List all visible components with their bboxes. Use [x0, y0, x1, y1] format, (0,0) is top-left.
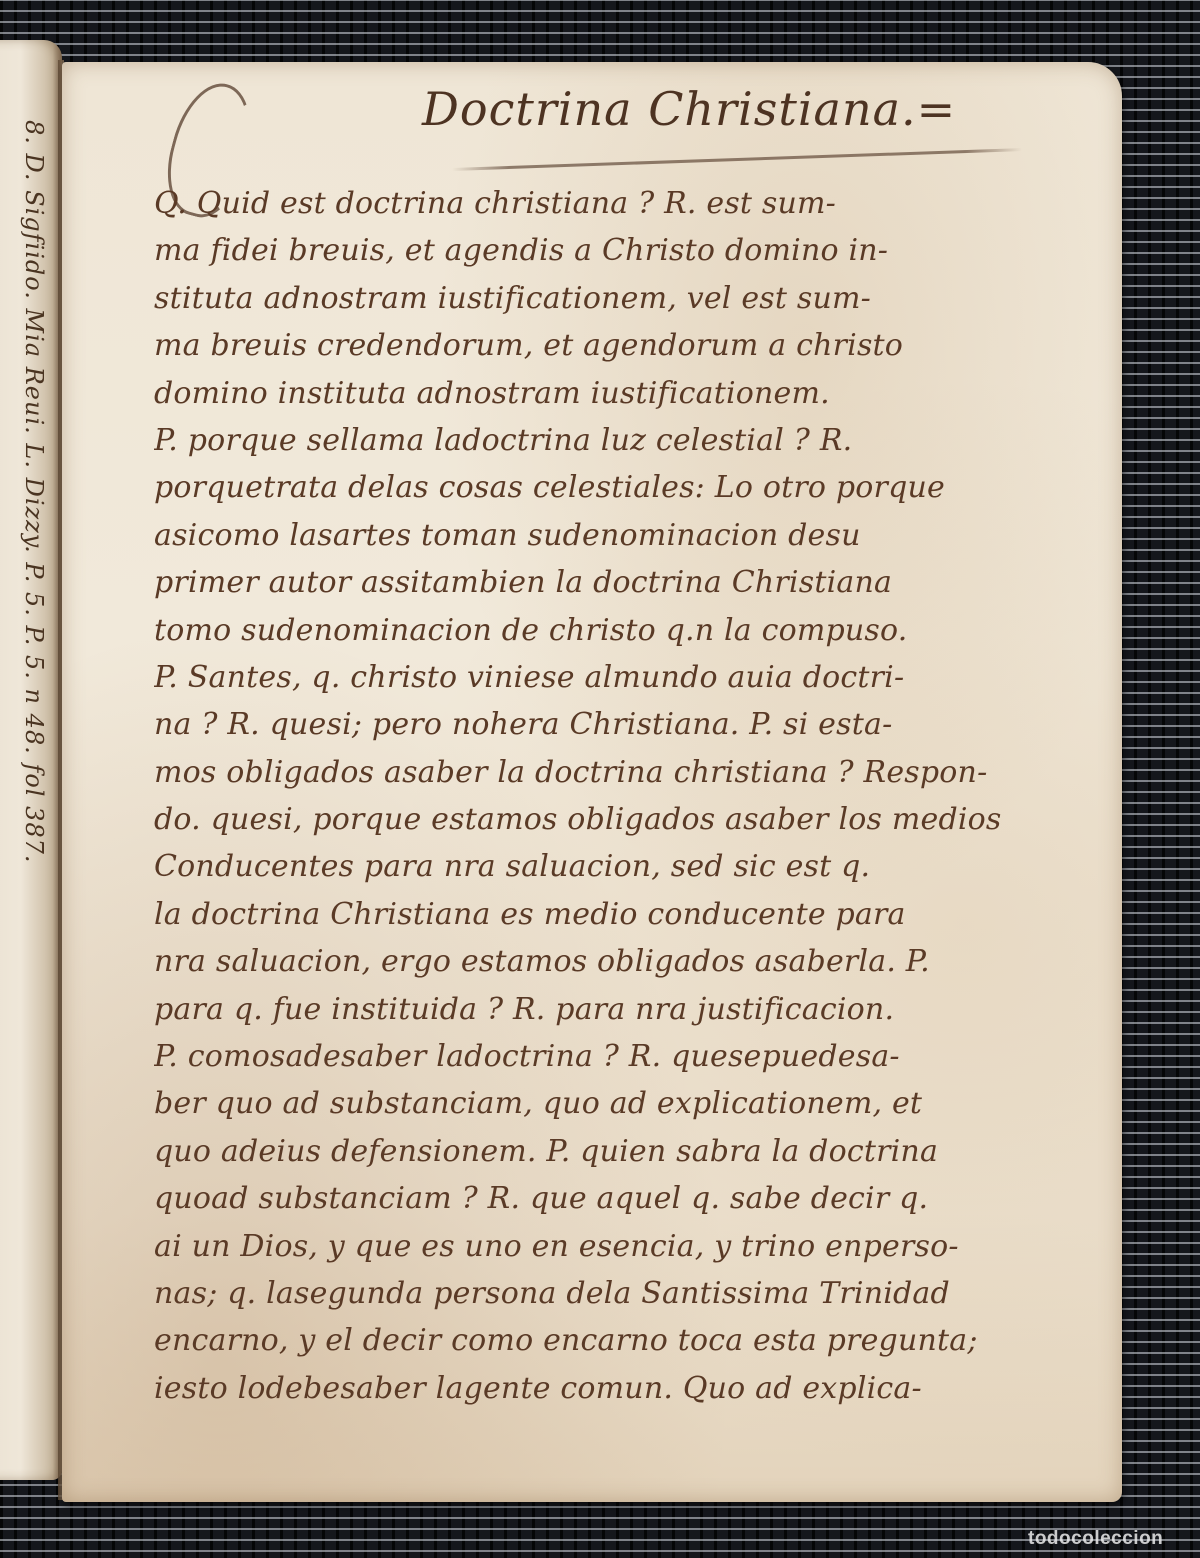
text-line: ai un Dios, y que es uno en esencia, y t… [154, 1223, 1094, 1270]
watermark: todocoleccion [1028, 1528, 1163, 1550]
text-line: nra saluacion, ergo estamos obligados as… [154, 938, 1094, 985]
text-line: primer autor assitambien la doctrina Chr… [154, 559, 1094, 606]
text-line: ber quo ad substanciam, quo ad explicati… [154, 1080, 1094, 1127]
text-line: domino instituta adnostram iustification… [154, 370, 1094, 417]
text-line: encarno, y el decir como encarno toca es… [154, 1317, 1094, 1364]
text-line: stituta adnostram iustificationem, vel e… [154, 275, 1094, 322]
text-line: nas; q. lasegunda persona dela Santissim… [154, 1270, 1094, 1317]
text-line: P. Santes, q. christo viniese almundo au… [154, 654, 1094, 701]
text-line: para q. fue instituida ? R. para nra jus… [154, 986, 1094, 1033]
manuscript-page: Doctrina Christiana.= Q. Quid est doctri… [62, 62, 1122, 1502]
text-line: P. comosadesaber ladoctrina ? R. quesepu… [154, 1033, 1094, 1080]
text-line: mos obligados asaber la doctrina christi… [154, 749, 1094, 796]
text-line: na ? R. quesi; pero nohera Christiana. P… [154, 701, 1094, 748]
text-line: quo adeius defensionem. P. quien sabra l… [154, 1128, 1094, 1175]
text-line: tomo sudenominacion de christo q.n la co… [154, 607, 1094, 654]
manuscript-text: Q. Quid est doctrina christiana ? R. est… [154, 180, 1094, 1412]
page-title: Doctrina Christiana.= [422, 82, 956, 136]
text-line: la doctrina Christiana es medio conducen… [154, 891, 1094, 938]
text-line: quoad substanciam ? R. que aquel q. sabe… [154, 1175, 1094, 1222]
text-line: iesto lodebesaber lagente comun. Quo ad … [154, 1365, 1094, 1412]
text-line: Conducentes para nra saluacion, sed sic … [154, 843, 1094, 890]
margin-note: 8. D. Sigfiido. Mia Reui. L. Dizzy. P. 5… [4, 120, 48, 1300]
text-line: Q. Quid est doctrina christiana ? R. est… [154, 180, 1094, 227]
text-line: do. quesi, porque estamos obligados asab… [154, 796, 1094, 843]
text-line: asicomo lasartes toman sudenominacion de… [154, 512, 1094, 559]
text-line: P. porque sellama ladoctrina luz celesti… [154, 417, 1094, 464]
text-line: ma breuis credendorum, et agendorum a ch… [154, 322, 1094, 369]
title-underline [452, 148, 1022, 171]
text-line: porquetrata delas cosas celestiales: Lo … [154, 464, 1094, 511]
text-line: ma fidei breuis, et agendis a Christo do… [154, 227, 1094, 274]
